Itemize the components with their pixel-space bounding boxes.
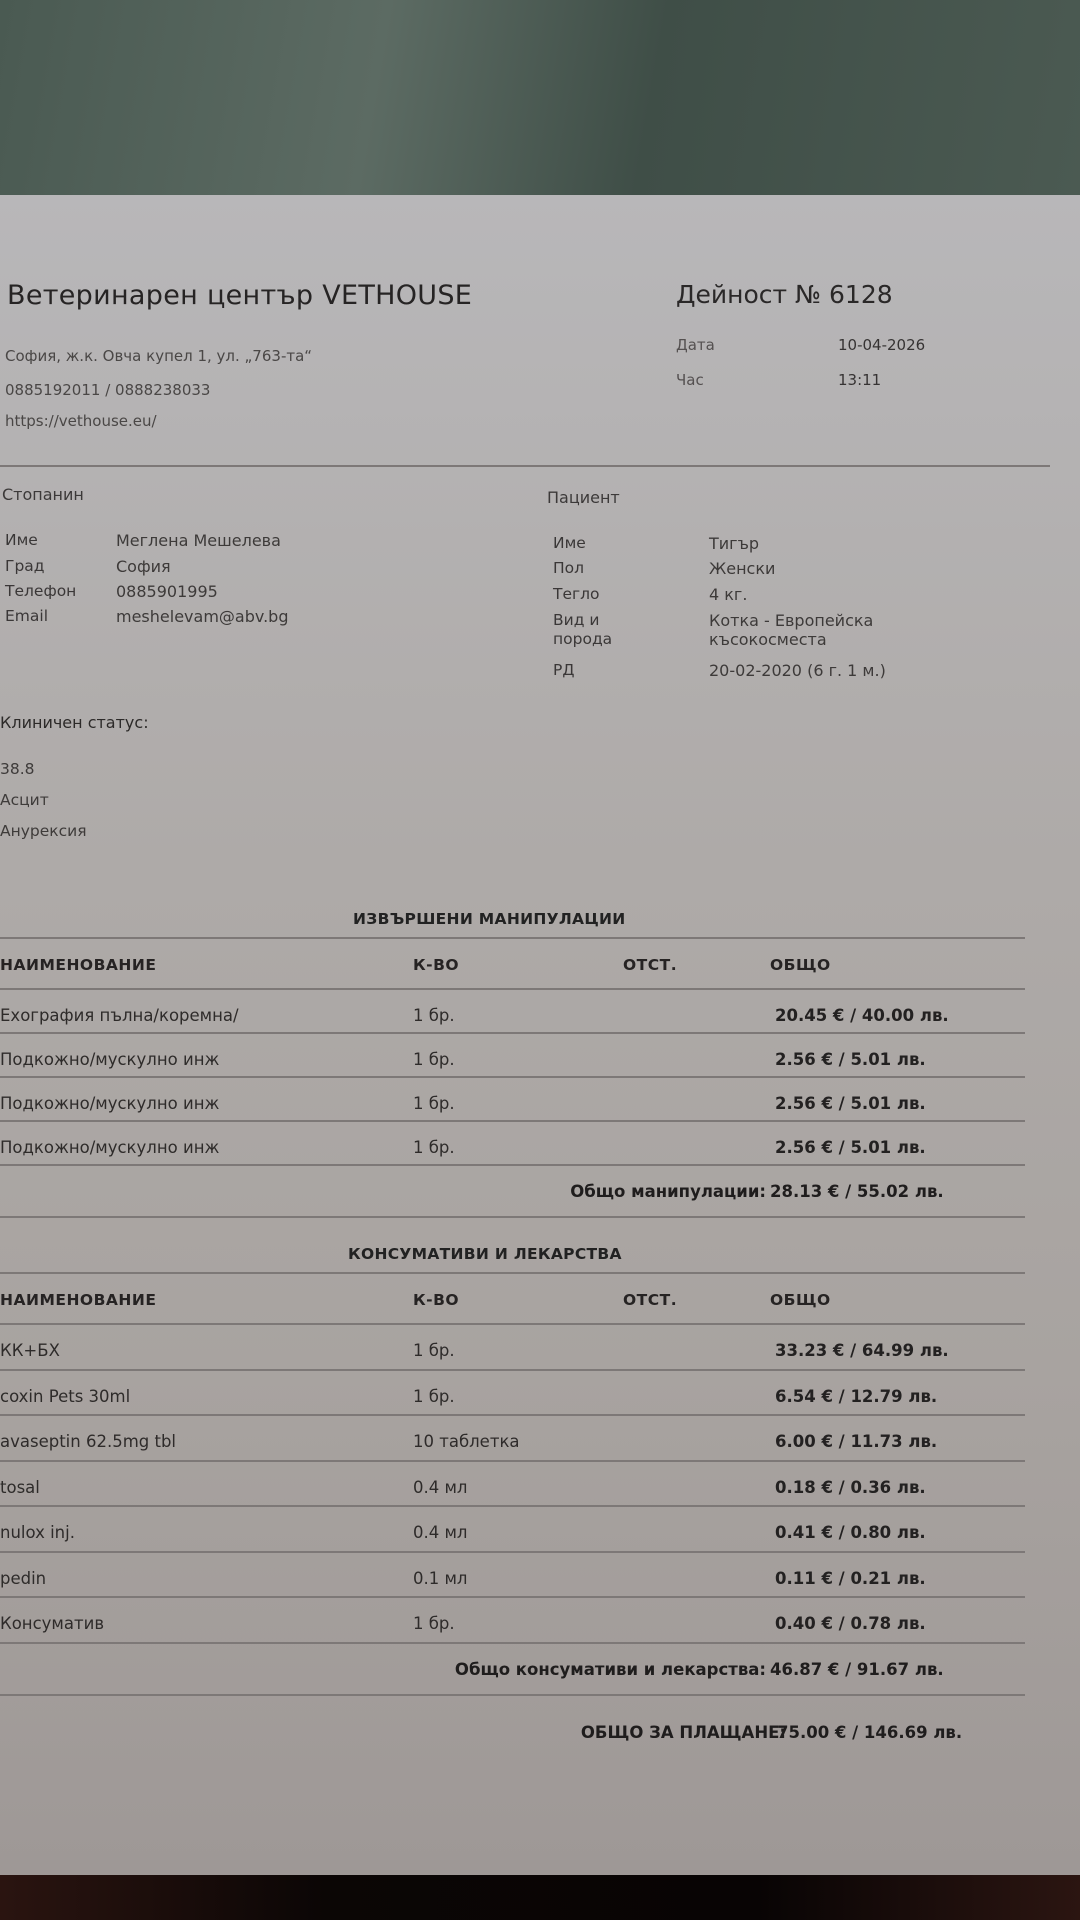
row-divider: [0, 1460, 1025, 1462]
row-divider: [0, 1164, 1025, 1166]
column-header: ОБЩО: [770, 1291, 831, 1309]
row-total: 0.11 € / 0.21 лв.: [775, 1569, 926, 1588]
row-divider: [0, 1323, 1025, 1325]
patient-field-value: Котка - Европейска късокосместа: [709, 611, 873, 649]
row-divider: [0, 1414, 1025, 1416]
patient-field-value: Тигър: [709, 534, 759, 553]
row-divider: [0, 1551, 1025, 1553]
patient-field-value: 20-02-2020 (6 г. 1 м.): [709, 661, 886, 680]
owner-field-label: Име: [5, 531, 38, 549]
row-divider: [0, 1694, 1025, 1696]
row-divider: [0, 988, 1025, 990]
row-name: Консуматив: [0, 1614, 104, 1633]
row-divider: [0, 937, 1025, 939]
owner-field-label: Email: [5, 607, 48, 625]
row-quantity: 1 бр.: [413, 1341, 455, 1360]
row-quantity: 1 бр.: [413, 1614, 455, 1633]
grand-total-label: ОБЩО ЗА ПЛАЩАНЕ:: [581, 1723, 786, 1742]
row-total: 0.18 € / 0.36 лв.: [775, 1478, 926, 1497]
owner-field-value: meshelevam@abv.bg: [116, 607, 288, 626]
row-quantity: 0.4 мл: [413, 1523, 467, 1542]
row-divider: [0, 1642, 1025, 1644]
row-name: pedin: [0, 1569, 46, 1588]
row-total: 2.56 € / 5.01 лв.: [775, 1138, 926, 1157]
patient-field-value: Женски: [709, 559, 775, 578]
row-total: 2.56 € / 5.01 лв.: [775, 1094, 926, 1113]
time-label: Час: [676, 371, 704, 389]
row-divider: [0, 1032, 1025, 1034]
patient-field-value: 4 кг.: [709, 585, 747, 604]
row-name: nulox inj.: [0, 1523, 75, 1542]
owner-field-label: Град: [5, 557, 45, 575]
table-surface-bottom: [0, 1875, 1080, 1920]
row-quantity: 1 бр.: [413, 1050, 455, 1069]
column-header: ОБЩО: [770, 956, 831, 974]
row-divider: [0, 1505, 1025, 1507]
column-header: ОТСТ.: [623, 956, 677, 974]
row-quantity: 1 бр.: [413, 1006, 455, 1025]
header-divider: [0, 465, 1050, 467]
row-name: tosal: [0, 1478, 40, 1497]
row-quantity: 1 бр.: [413, 1387, 455, 1406]
patient-heading: Пациент: [547, 488, 620, 507]
column-header: НАИМЕНОВАНИЕ: [0, 956, 156, 974]
owner-field-label: Телефон: [5, 582, 76, 600]
row-name: avaseptin 62.5mg tbl: [0, 1432, 176, 1451]
grand-total-value: 75.00 € / 146.69 лв.: [777, 1723, 962, 1742]
row-divider: [0, 1120, 1025, 1122]
clinic-address: София, ж.к. Овча купел 1, ул. „763-та“: [5, 347, 312, 365]
date-value: 10-04-2026: [838, 336, 925, 354]
patient-field-label: Тегло: [553, 585, 600, 604]
clinical-status-item: Асцит: [0, 791, 49, 809]
owner-field-value: Меглена Мешелева: [116, 531, 281, 550]
patient-field-label: Име: [553, 534, 586, 553]
row-divider: [0, 1272, 1025, 1274]
row-quantity: 1 бр.: [413, 1094, 455, 1113]
row-total: 2.56 € / 5.01 лв.: [775, 1050, 926, 1069]
time-value: 13:11: [838, 371, 881, 389]
row-total: 33.23 € / 64.99 лв.: [775, 1341, 949, 1360]
owner-field-value: 0885901995: [116, 582, 218, 601]
row-name: Подкожно/мускулно инж: [0, 1094, 219, 1113]
column-header: К-ВО: [413, 956, 459, 974]
patient-field-label: РД: [553, 661, 574, 680]
row-total: 20.45 € / 40.00 лв.: [775, 1006, 949, 1025]
clinical-status-item: Анурексия: [0, 822, 87, 840]
row-name: coxin Pets 30ml: [0, 1387, 130, 1406]
subtotal-value: 46.87 € / 91.67 лв.: [770, 1660, 944, 1679]
row-divider: [0, 1369, 1025, 1371]
row-quantity: 0.1 мл: [413, 1569, 467, 1588]
row-total: 0.41 € / 0.80 лв.: [775, 1523, 926, 1542]
column-header: ОТСТ.: [623, 1291, 677, 1309]
document-title: Дейност № 6128: [676, 280, 893, 309]
table-title: КОНСУМАТИВИ И ЛЕКАРСТВА: [348, 1245, 622, 1263]
subtotal-label: Общо манипулации:: [570, 1182, 766, 1201]
row-name: Ехография пълна/коремна/: [0, 1006, 239, 1025]
row-quantity: 10 таблетка: [413, 1432, 520, 1451]
table-surface-background: [0, 0, 1080, 200]
row-total: 6.54 € / 12.79 лв.: [775, 1387, 937, 1406]
owner-heading: Стопанин: [2, 485, 84, 504]
row-divider: [0, 1076, 1025, 1078]
row-quantity: 0.4 мл: [413, 1478, 467, 1497]
clinical-status-item: 38.8: [0, 760, 35, 778]
clinic-phones: 0885192011 / 0888238033: [5, 381, 210, 399]
row-name: КК+БХ: [0, 1341, 60, 1360]
invoice-paper: Ветеринарен център VETHOUSE София, ж.к. …: [0, 195, 1080, 1877]
clinic-website[interactable]: https://vethouse.eu/: [5, 412, 157, 430]
row-total: 0.40 € / 0.78 лв.: [775, 1614, 926, 1633]
row-name: Подкожно/мускулно инж: [0, 1050, 219, 1069]
subtotal-label: Общо консумативи и лекарства:: [455, 1660, 766, 1679]
row-name: Подкожно/мускулно инж: [0, 1138, 219, 1157]
clinical-status-heading: Клиничен статус:: [0, 713, 149, 732]
row-total: 6.00 € / 11.73 лв.: [775, 1432, 937, 1451]
column-header: К-ВО: [413, 1291, 459, 1309]
row-divider: [0, 1596, 1025, 1598]
owner-field-value: София: [116, 557, 171, 576]
column-header: НАИМЕНОВАНИЕ: [0, 1291, 156, 1309]
row-divider: [0, 1216, 1025, 1218]
table-title: ИЗВЪРШЕНИ МАНИПУЛАЦИИ: [353, 910, 626, 928]
row-quantity: 1 бр.: [413, 1138, 455, 1157]
patient-field-label: Пол: [553, 559, 584, 578]
clinic-name: Ветеринарен център VETHOUSE: [7, 280, 472, 311]
date-label: Дата: [676, 336, 715, 354]
subtotal-value: 28.13 € / 55.02 лв.: [770, 1182, 944, 1201]
patient-field-label: Вид и порода: [553, 611, 612, 649]
